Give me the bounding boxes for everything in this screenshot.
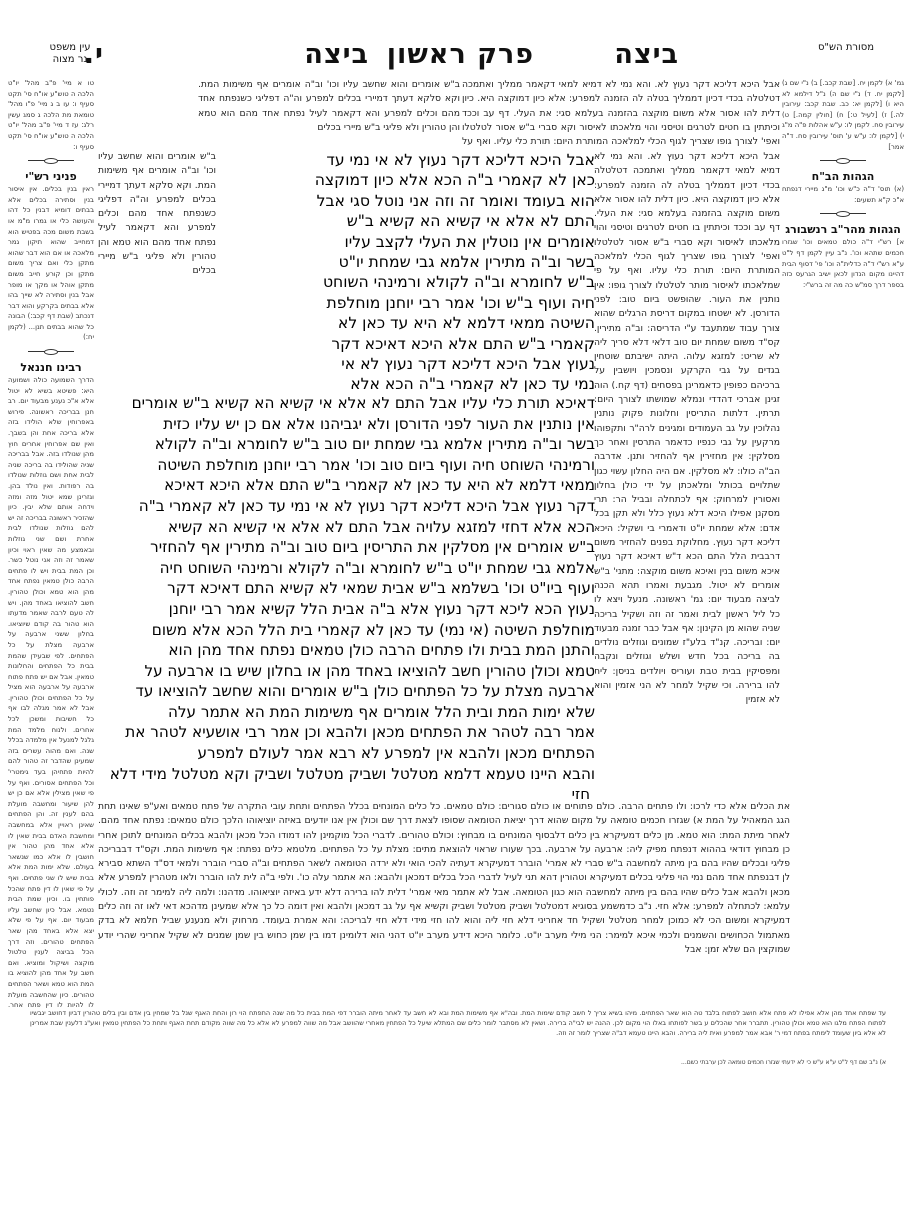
ornament-divider (820, 157, 866, 164)
commentary-top-right-text: אבל היכא דליכא דקר נעוץ לא. והא נמי לא ד… (462, 79, 780, 150)
gemara-line: דאיכא תורת כלי עליו אבל התם לא אלא אי קש… (98, 393, 595, 414)
gemara-line: והתנן המת בבית ולו פתחים הרבה כולן טמאים… (98, 640, 595, 661)
gemara-line: ורמינהי השוחט חיה ועוף ביום טוב וכו' אמר… (98, 455, 595, 476)
gemara-line: אומרים אין נוטלין את העלי לקצב עליו (220, 232, 595, 252)
gemara-line: בשר וב"ה מתירין אלמא גבי שמחת יו"ט (220, 252, 595, 272)
rabbenu-chananel-text: הדרך השמועה כולה ושמועה היא: פשיטא בשיא … (8, 375, 94, 1008)
rashi-right-text: אבל היכא דליכא דקר נעוץ לא. והא נמי לא ד… (594, 151, 780, 705)
masoret-hashas-column: גמ' א) לקמן יח. [שבת קכב.] ב) נ"י שם ג) … (782, 78, 904, 448)
commentary-top-left: ב"ש אומרים והוא שחשב עליו וכו' וב"ה אומר… (198, 78, 460, 150)
gemara-line: נמי עד כאן לא קאמרי ב"ה הכא אלא (220, 374, 595, 394)
ornament-divider (28, 348, 74, 355)
tractate-name-right: ביצה (614, 40, 679, 70)
rabbenu-chananel-title: רבינו חננאל (8, 360, 94, 375)
gemara-line: כאן לא קאמרי ב"ה הכא אלא כיון דמוקצה (220, 170, 595, 190)
tractate-name-left: ביצה (304, 40, 369, 70)
gemara-line: טמא וכולן טהורין חשב להוציאו באחד מהן או… (98, 661, 595, 682)
commentary-top-right: אבל היכא דליכא דקר נעוץ לא. והא נמי לא ד… (462, 78, 780, 150)
gemara-line: אמר רבה לטהר את הפתחים מכאן ולהבא וכן אמ… (98, 722, 595, 743)
gemara-line: הוא בעומד ואומר זה וזה אני נוטל סגי אבל (220, 191, 595, 211)
gemara-line: אבל היכא דליכא דקר נעוץ לא אי נמי עד (220, 150, 595, 170)
rashi-bottom-block: את הכלים אלא כדי לרכו: ולו פתחים הרבה. כ… (98, 800, 790, 1005)
masoret-hashas-label: מסורת הש"ס (816, 42, 876, 54)
ein-mishpat-text: טו א מיי' פ"ב מהל' יו"ט הלכה ה טוש"ע או"… (8, 78, 94, 152)
tosafot-bottom-block: עד שפתח אחד מהן אלא אפילו לא פתח אלא חוש… (30, 1008, 886, 1050)
gemara-line: הכא אלא דחזי למזגא עלויה אבל התם לא אלא … (98, 517, 595, 538)
hagahot-maharav-title: הגהות מהר"ב רנשבורג (782, 222, 904, 237)
gemara-line: מוחלפת השיטה (אי נמי) עד כאן לא קאמרי בי… (98, 620, 595, 641)
gemara-line: דקר נעוץ אבל היכא דליכא דקר נעוץ לא אי נ… (98, 496, 595, 517)
footnote: א) נ"ב שם דף ל"ט ע"א ע"ש כי לא ידעתי שגז… (500, 1058, 886, 1070)
page-header: מסורת הש"ס ביצה פרק ראשון ביצה י. עין מש… (0, 40, 914, 70)
footnote-text: א) נ"ב שם דף ל"ט ע"א ע"ש כי לא ידעתי שגז… (681, 1059, 886, 1066)
masoret-hashas-text: גמ' א) לקמן יח. [שבת קכב.] ב) נ"י שם ג) … (782, 78, 904, 152)
penei-rashi-text: ראין בנין בכלים. אין איסור בנין וסתירה ב… (8, 184, 94, 343)
left-margin-column: טו א מיי' פ"ב מהל' יו"ט הלכה ה טוש"ע או"… (8, 78, 94, 1008)
gemara-line: השיטה ממאי דלמא לא היא עד כאן לא (220, 313, 595, 333)
hagahot-maharav-text: א] רש"י ד"ה כולם טמאים וכו' שגזרו חכמים … (782, 237, 904, 290)
commentary-left-narrow: ב"ש אומרים והוא שחשב עליו וכו' וב"ה אומר… (98, 150, 216, 346)
ein-mishpat-label: עין משפט נר מצוה (45, 42, 95, 66)
chapter-name: פרק ראשון (387, 40, 534, 70)
gemara-line: בשר וב"ה מתירין אלמא גבי שמחת יום טוב ב"… (98, 434, 595, 455)
gemara-lower-block: והתנן המת בבית ולו פתחים הרבה כולן טמאים… (98, 640, 595, 790)
gemara-line: אלמא גבי שמחת יו"ט ב"ש לחומרא וב"ה לקולא… (98, 558, 595, 579)
gemara-line: ארבעה מצלת על כל הפתחים כולן ב"ש אומרים … (98, 681, 595, 702)
rashi-right-column: אבל היכא דליכא דקר נעוץ לא. והא נמי לא ד… (594, 150, 780, 784)
gemara-line: התם לא אלא אי קשיא הא קשיא ב"ש (220, 211, 595, 231)
gemara-line: ב"ש אומרים אין מסלקין את התריסין ביום טו… (98, 537, 595, 558)
gemara-line: חיה ועוף ב"ש וכו' אמר רבי יוחנן מוחלפת (220, 293, 595, 313)
gemara-line: שלא ימות המת ובית הלל אומרים אף משימות ה… (98, 702, 595, 723)
gemara-line: אין נותנין את העור לפני הדורסן ולא יגביה… (98, 414, 595, 435)
commentary-left-narrow-text: ב"ש אומרים והוא שחשב עליו וכו' וב"ה אומר… (98, 151, 216, 276)
hagahot-habach-text: (א) תוס' ד"ה כ"ש וכו' מ"ג מיירי דנפתח א"… (782, 184, 904, 205)
gemara-upper-block: אבל היכא דליכא דקר נעוץ לא אי נמי עד כאן… (220, 150, 595, 395)
gemara-line: נעוץ אבל היכא דליכא דקר נעוץ לא אי (220, 354, 595, 374)
gemara-line: והבא היינו טעמא דלמא מטלטל ושביק מטלטל ו… (98, 764, 595, 785)
gemara-line: הפתחים מכאן ולהבא אין למפרע לא רבא אמר ל… (98, 743, 595, 764)
commentary-top-left-text: ב"ש אומרים והוא שחשב עליו וכו' וב"ה אומר… (198, 79, 460, 133)
penei-rashi-title: פניני רש"י (8, 169, 94, 184)
gemara-line: נעוץ הכא ליכא דקר נעוץ אלא ב"ה אבית הלל … (98, 599, 595, 620)
gemara-line: ממאי דלמא לא היא עד כאן לא קאמרי ב"ש התם… (98, 475, 595, 496)
ornament-divider (820, 210, 866, 217)
gemara-line: קאמרי ב"ש התם אלא היכא דאיכא דקר (220, 334, 595, 354)
tosafot-bottom-text: עד שפתח אחד מהן אלא אפילו לא פתח אלא חוש… (30, 1009, 886, 1037)
gemara-line: ועוף ביו"ט וכו' בשלמא ב"ש אבית שמאי לא ק… (98, 578, 595, 599)
gemara-line: ב"ש לחומרא וב"ה לקולא ורמינהי השוחט (220, 272, 595, 292)
ornament-divider (28, 157, 74, 164)
hagahot-habach-title: הגהות הב"ח (782, 169, 904, 184)
rashi-bottom-text: את הכלים אלא כדי לרכו: ולו פתחים הרבה. כ… (98, 801, 790, 955)
